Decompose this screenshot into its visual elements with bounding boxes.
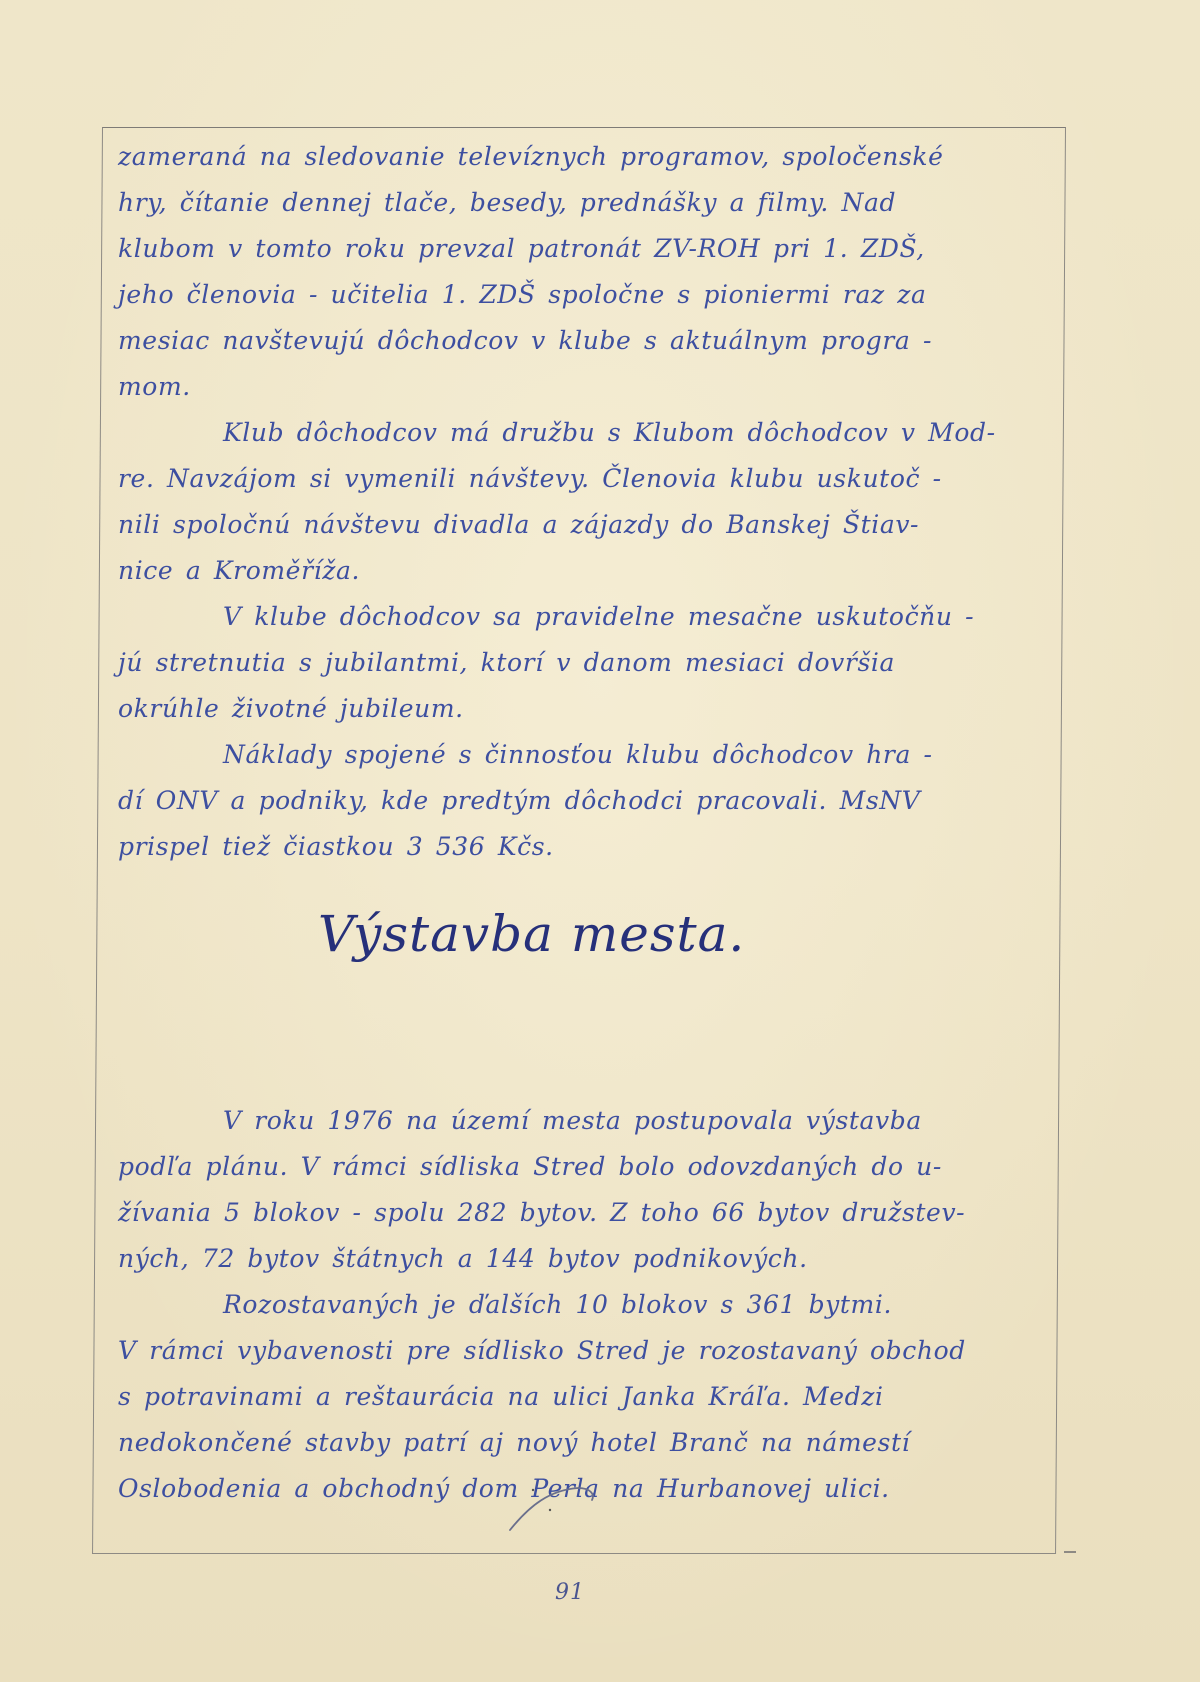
paragraph: Rozostavaných je ďalších 10 blokov s 361…	[118, 1282, 1058, 1512]
border-overhang-tick	[1064, 1551, 1076, 1553]
text-line: mom.	[118, 364, 1058, 410]
text-line: žívania 5 blokov - spolu 282 bytov. Z to…	[118, 1190, 1058, 1236]
text-line: nice a Kroměříža.	[118, 548, 1058, 594]
page-number: 91	[555, 1580, 585, 1605]
text-line: Klub dôchodcov má družbu s Klubom dôchod…	[118, 410, 1058, 456]
paragraph: V klube dôchodcov sa pravidelne mesačne …	[118, 594, 1058, 732]
text-line: s potravinami a reštaurácia na ulici Jan…	[118, 1374, 1058, 1420]
section-heading: Výstavba mesta.	[318, 905, 745, 963]
text-line: jeho členovia - učitelia 1. ZDŠ spoločne…	[118, 272, 1058, 318]
text-line: V roku 1976 na území mesta postupovala v…	[118, 1098, 1058, 1144]
paragraph: Klub dôchodcov má družbu s Klubom dôchod…	[118, 410, 1058, 594]
text-line: okrúhle životné jubileum.	[118, 686, 1058, 732]
paragraph: V roku 1976 na území mesta postupovala v…	[118, 1098, 1058, 1282]
text-line: podľa plánu. V rámci sídliska Stred bolo…	[118, 1144, 1058, 1190]
text-line: re. Navzájom si vymenili návštevy. Členo…	[118, 456, 1058, 502]
text-line: nili spoločnú návštevu divadla a zájazdy…	[118, 502, 1058, 548]
text-line: jú stretnutia s jubilantmi, ktorí v dano…	[118, 640, 1058, 686]
text-line: ných, 72 bytov štátnych a 144 bytov podn…	[118, 1236, 1058, 1282]
text-line: Náklady spojené s činnosťou klubu dôchod…	[118, 732, 1058, 778]
text-line: prispel tiež čiastkou 3 536 Kčs.	[118, 824, 1058, 870]
text-line: V rámci vybavenosti pre sídlisko Stred j…	[118, 1328, 1058, 1374]
section-city-construction: V roku 1976 na území mesta postupovala v…	[118, 1098, 1058, 1512]
section-club-activities: zameraná na sledovanie televíznych progr…	[118, 134, 1058, 870]
text-line: dí ONV a podniky, kde predtým dôchodci p…	[118, 778, 1058, 824]
paragraph: Náklady spojené s činnosťou klubu dôchod…	[118, 732, 1058, 870]
end-flourish-icon	[500, 1480, 610, 1540]
text-line: mesiac navštevujú dôchodcov v klube s ak…	[118, 318, 1058, 364]
text-line: klubom v tomto roku prevzal patronát ZV-…	[118, 226, 1058, 272]
text-line: zameraná na sledovanie televíznych progr…	[118, 134, 1058, 180]
text-line: hry, čítanie dennej tlače, besedy, predn…	[118, 180, 1058, 226]
text-line: V klube dôchodcov sa pravidelne mesačne …	[118, 594, 1058, 640]
text-line: Rozostavaných je ďalších 10 blokov s 361…	[118, 1282, 1058, 1328]
paragraph: zameraná na sledovanie televíznych progr…	[118, 134, 1058, 410]
text-line: nedokončené stavby patrí aj nový hotel B…	[118, 1420, 1058, 1466]
